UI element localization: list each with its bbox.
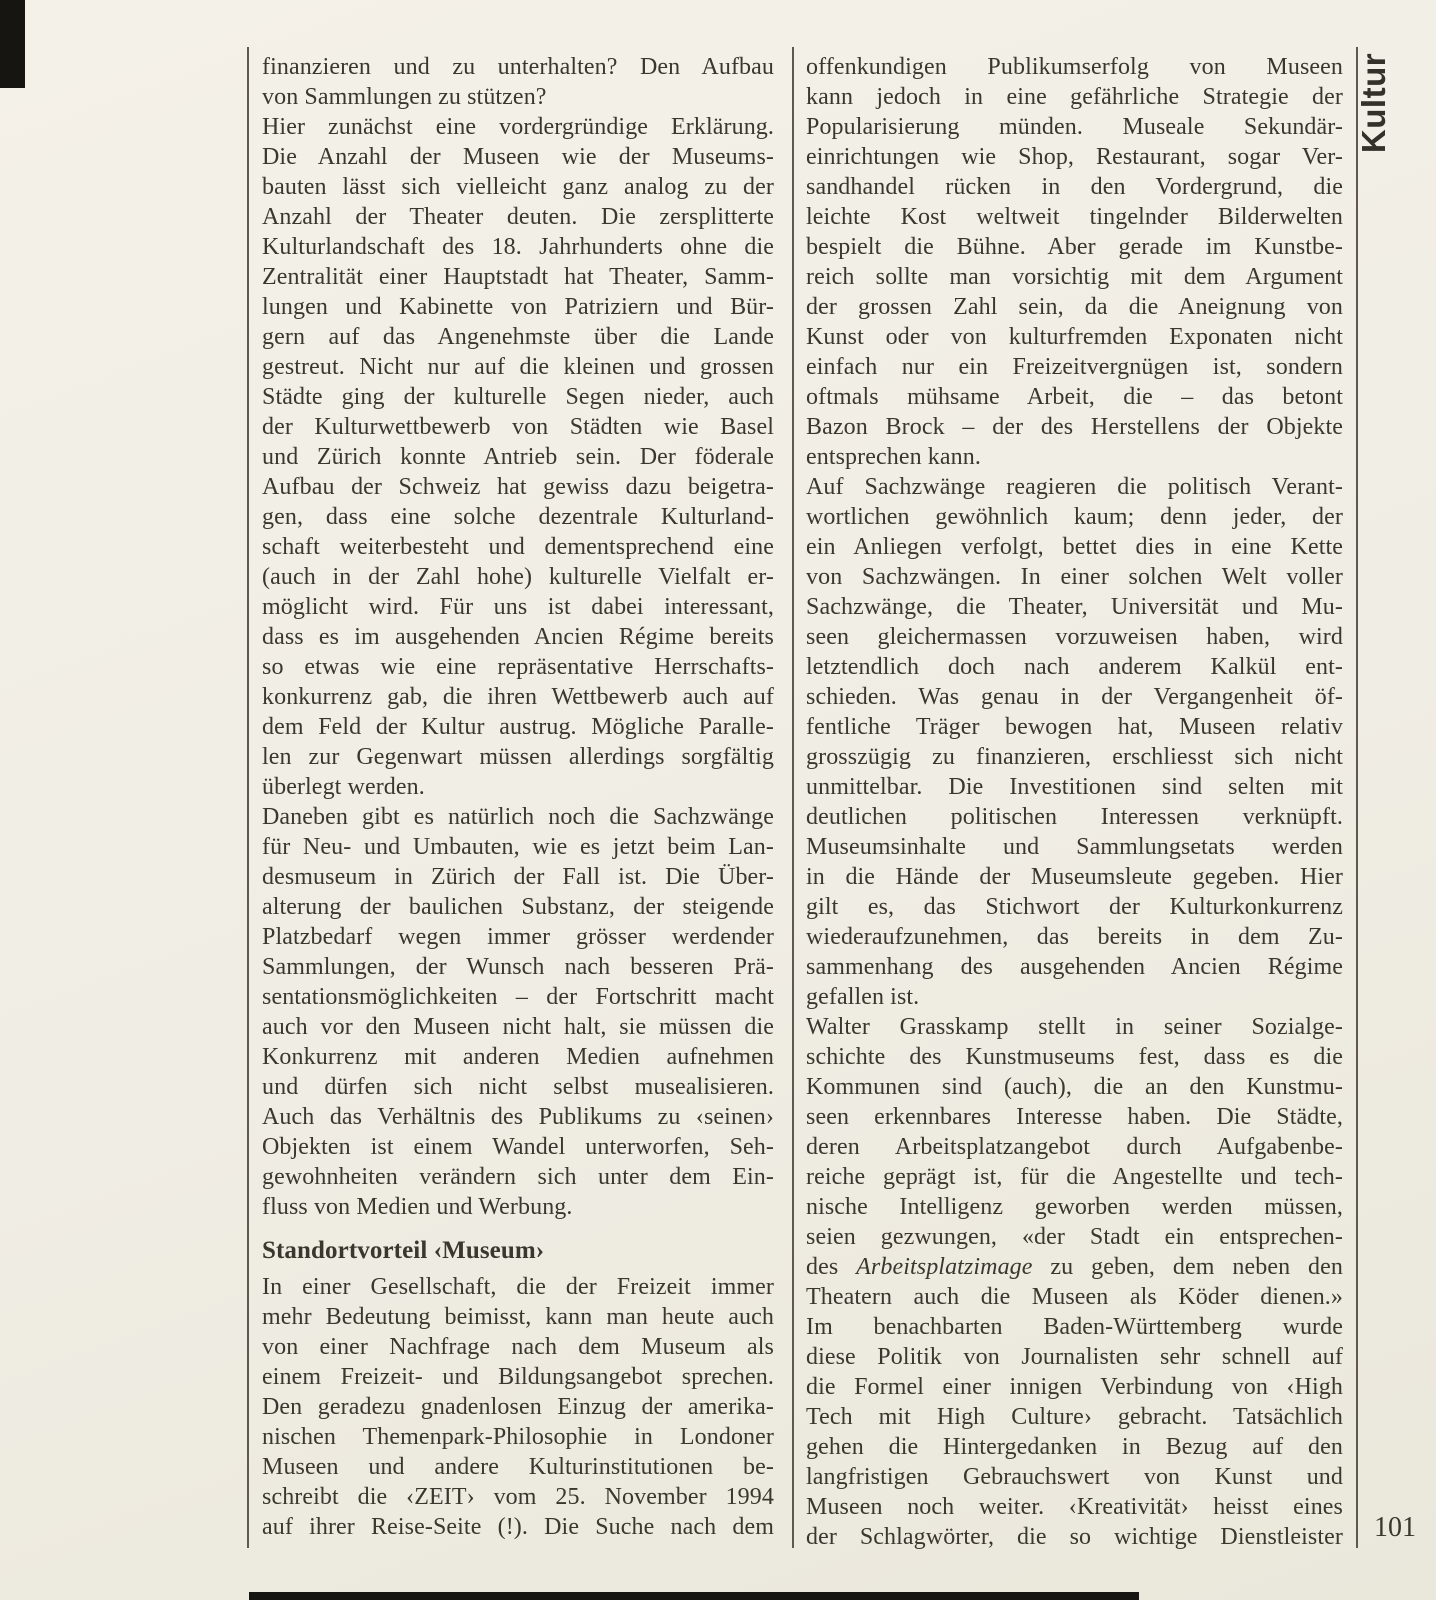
text-line: seen gleichermassen vorzuweisen haben, w… [806, 622, 1343, 652]
text-line: Sachzwänge, die Theater, Universität und… [806, 592, 1343, 622]
text-line: schieden. Was genau in der Vergangenheit… [806, 682, 1343, 712]
text-line: gewohnheiten verändern sich unter dem Ei… [262, 1162, 774, 1192]
text-line: möglicht wird. Für uns ist dabei interes… [262, 592, 774, 622]
text-line: von einer Nachfrage nach dem Museum als [262, 1332, 774, 1362]
text-line: seen erkennbares Interesse haben. Die St… [806, 1102, 1343, 1132]
text-line: bauten lässt sich vielleicht ganz analog… [262, 172, 774, 202]
text-line: Tech mit High Culture› gebracht. Tatsäch… [806, 1402, 1343, 1432]
column-rule-left [247, 47, 249, 1548]
text-line: fentliche Träger bewogen hat, Museen rel… [806, 712, 1343, 742]
text-line: Im benachbarten Baden-Württemberg wurde [806, 1312, 1343, 1342]
text-line: konkurrenz gab, die ihren Wettbewerb auc… [262, 682, 774, 712]
text-line: und dürfen sich nicht selbst musealisier… [262, 1072, 774, 1102]
text-line: Objekten ist einem Wandel unterworfen, S… [262, 1132, 774, 1162]
text-line: schichte des Kunstmuseums fest, dass es … [806, 1042, 1343, 1072]
text-line: gehen die Hintergedanken in Bezug auf de… [806, 1432, 1343, 1462]
text-line: Walter Grasskamp stellt in seiner Sozial… [806, 1012, 1343, 1042]
text-line: unmittelbar. Die Investitionen sind selt… [806, 772, 1343, 802]
text-line: In einer Gesellschaft, die der Freizeit … [262, 1272, 774, 1302]
text-line: in die Hände der Museumsleute gegeben. H… [806, 862, 1343, 892]
text-line: Kommunen sind (auch), die an den Kunstmu… [806, 1072, 1343, 1102]
text-line: letztendlich doch nach anderem Kalkül en… [806, 652, 1343, 682]
text-line: Kulturlandschaft des 18. Jahrhunderts oh… [262, 232, 774, 262]
text-line: Auch das Verhältnis des Publikums zu ‹se… [262, 1102, 774, 1132]
text-line: Hier zunächst eine vordergründige Erklär… [262, 112, 774, 142]
text-line: von Sammlungen zu stützen? [262, 82, 774, 112]
text-line: Bazon Brock – der des Herstellens der Ob… [806, 412, 1343, 442]
text-line: desmuseum in Zürich der Fall ist. Die Üb… [262, 862, 774, 892]
text-line: wiederaufzunehmen, das bereits in dem Zu… [806, 922, 1343, 952]
margin-section-label: Kultur [1352, 42, 1396, 164]
text-line: Zentralität einer Hauptstadt hat Theater… [262, 262, 774, 292]
text-line: Theatern auch die Museen als Köder diene… [806, 1282, 1343, 1312]
text-line: Popularisierung münden. Museale Sekundär… [806, 112, 1343, 142]
text-column-1: finanzieren und zu unterhalten? Den Aufb… [262, 52, 774, 1542]
text-line: gilt es, das Stichwort der Kulturkonkurr… [806, 892, 1343, 922]
text-line: wortlichen gewöhnlich kaum; denn jeder, … [806, 502, 1343, 532]
text-line: schreibt die ‹ZEIT› vom 25. November 199… [262, 1482, 774, 1512]
text-line: Museen und andere Kulturinstitutionen be… [262, 1452, 774, 1482]
text-line: gestreut. Nicht nur auf die kleinen und … [262, 352, 774, 382]
text-line: dem Feld der Kultur austrug. Mögliche Pa… [262, 712, 774, 742]
text-line: ein Anliegen verfolgt, bettet dies in ei… [806, 532, 1343, 562]
text-line: reiche geprägt ist, für die Angestellte … [806, 1162, 1343, 1192]
text-line: für Neu- und Umbauten, wie es jetzt beim… [262, 832, 774, 862]
text-line: nischen Themenpark-Philosophie in London… [262, 1422, 774, 1452]
text-line: len zur Gegenwart müssen allerdings sorg… [262, 742, 774, 772]
text-line: Die Anzahl der Museen wie der Museums- [262, 142, 774, 172]
text-line: Auf Sachzwänge reagieren die politisch V… [806, 472, 1343, 502]
text-line: von Sachzwängen. In einer solchen Welt v… [806, 562, 1343, 592]
text-line: gern auf das Angenehmste über die Lande [262, 322, 774, 352]
text-line: Anzahl der Theater deuten. Die zersplitt… [262, 202, 774, 232]
text-line: sandhandel rücken in den Vordergrund, di… [806, 172, 1343, 202]
text-line: finanzieren und zu unterhalten? Den Aufb… [262, 52, 774, 82]
text-line: auch vor den Museen nicht halt, sie müss… [262, 1012, 774, 1042]
text-line: reich sollte man vorsichtig mit dem Argu… [806, 262, 1343, 292]
text-line: grosszügig zu finanzieren, erschliesst s… [806, 742, 1343, 772]
text-line: sammenhang des ausgehenden Ancien Régime [806, 952, 1343, 982]
text-line: überlegt werden. [262, 772, 774, 802]
text-line: Kunst oder von kulturfremden Exponaten n… [806, 322, 1343, 352]
text-line: gen, dass eine solche dezentrale Kulturl… [262, 502, 774, 532]
text-line: sentationsmöglichkeiten – der Fortschrit… [262, 982, 774, 1012]
text-line: Platzbedarf wegen immer grösser werdende… [262, 922, 774, 952]
text-line: auf ihrer Reise-Seite (!). Die Suche nac… [262, 1512, 774, 1542]
text-line: gefallen ist. [806, 982, 1343, 1012]
margin-label-text: Kultur [1352, 42, 1396, 164]
text-line: bespielt die Bühne. Aber gerade im Kunst… [806, 232, 1343, 262]
scan-artifact-bottom [249, 1592, 1139, 1600]
text-line: deren Arbeitsplatzangebot durch Aufgaben… [806, 1132, 1343, 1162]
text-line: Städte ging der kulturelle Segen nieder,… [262, 382, 774, 412]
text-line: mehr Bedeutung beimisst, kann man heute … [262, 1302, 774, 1332]
text-line: Konkurrenz mit anderen Medien aufnehmen [262, 1042, 774, 1072]
text-line: Aufbau der Schweiz hat gewiss dazu beige… [262, 472, 774, 502]
text-line: einrichtungen wie Shop, Restaurant, soga… [806, 142, 1343, 172]
text-line: Daneben gibt es natürlich noch die Sachz… [262, 802, 774, 832]
text-line: Den geradezu gnadenlosen Einzug der amer… [262, 1392, 774, 1422]
text-line: der grossen Zahl sein, da die Aneignung … [806, 292, 1343, 322]
text-line: diese Politik von Journalisten sehr schn… [806, 1342, 1343, 1372]
text-line: der Schlagwörter, die so wichtige Dienst… [806, 1522, 1343, 1552]
text-line: Sammlungen, der Wunsch nach besseren Prä… [262, 952, 774, 982]
text-line: fluss von Medien und Werbung. [262, 1192, 774, 1222]
text-line: leichte Kost weltweit tingelnder Bilderw… [806, 202, 1343, 232]
column-rule-right [1356, 47, 1358, 1548]
text-line: deutlichen politischen Interessen verknü… [806, 802, 1343, 832]
text-line: einfach nur ein Freizeitvergnügen ist, s… [806, 352, 1343, 382]
text-line: nische Intelligenz geworben werden müsse… [806, 1192, 1343, 1222]
column-rule-middle [792, 47, 794, 1548]
scan-artifact-top-left [0, 0, 25, 88]
text-line: Museen noch weiter. ‹Kreativität› heisst… [806, 1492, 1343, 1522]
text-line: offenkundigen Publikumserfolg von Museen [806, 52, 1343, 82]
text-line: einem Freizeit- und Bildungsangebot spre… [262, 1362, 774, 1392]
text-line: dass es im ausgehenden Ancien Régime ber… [262, 622, 774, 652]
text-line: schaft weiterbesteht und dementsprechend… [262, 532, 774, 562]
text-line: langfristigen Gebrauchswert von Kunst un… [806, 1462, 1343, 1492]
text-line: die Formel einer innigen Verbindung von … [806, 1372, 1343, 1402]
text-line: oftmals mühsame Arbeit, die – das betont [806, 382, 1343, 412]
text-line: und Zürich konnte Antrieb sein. Der föde… [262, 442, 774, 472]
text-line: seien gezwungen, «der Stadt ein entsprec… [806, 1222, 1343, 1252]
text-line: Museumsinhalte und Sammlungsetats werden [806, 832, 1343, 862]
text-line: alterung der baulichen Substanz, der ste… [262, 892, 774, 922]
text-line: kann jedoch in eine gefährliche Strategi… [806, 82, 1343, 112]
text-line: (auch in der Zahl hohe) kulturelle Vielf… [262, 562, 774, 592]
text-column-2: offenkundigen Publikumserfolg von Museen… [806, 52, 1343, 1552]
text-line: des Arbeitsplatzimage zu geben, dem nebe… [806, 1252, 1343, 1282]
section-heading: Standortvorteil ‹Museum› [262, 1236, 774, 1266]
magazine-page: finanzieren und zu unterhalten? Den Aufb… [0, 0, 1436, 1600]
text-line: der Kulturwettbewerb von Städten wie Bas… [262, 412, 774, 442]
page-number: 101 [1374, 1512, 1416, 1544]
text-line: lungen und Kabinette von Patriziern und … [262, 292, 774, 322]
text-line: entsprechen kann. [806, 442, 1343, 472]
text-line: so etwas wie eine repräsentative Herrsch… [262, 652, 774, 682]
